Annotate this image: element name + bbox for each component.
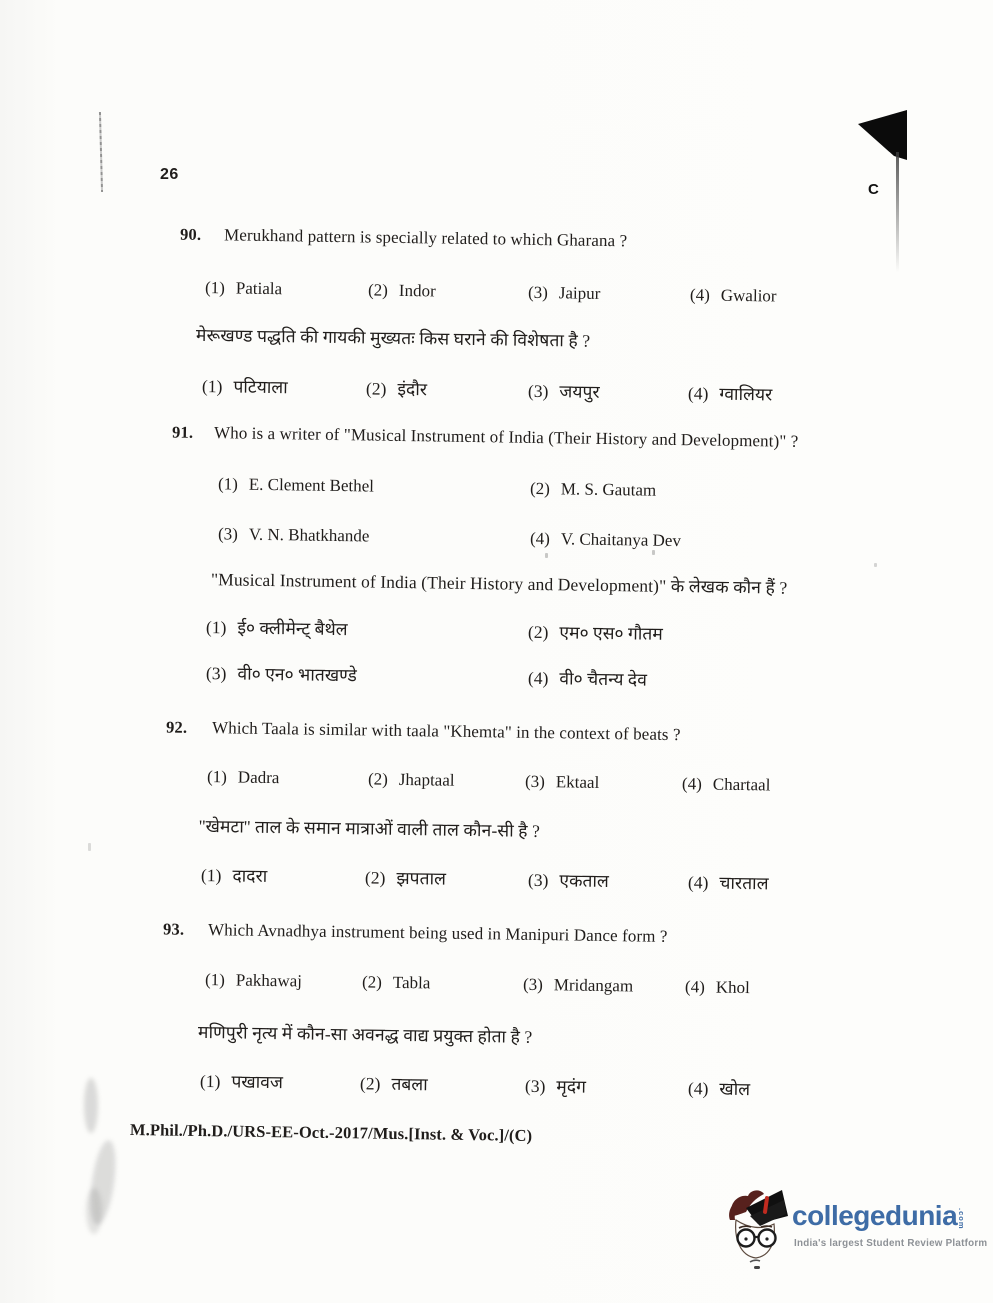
scanned-question-paper-page: 26 C 90. Merukhand pattern is specially … bbox=[0, 0, 993, 1303]
option: (4)ग्वालियर bbox=[688, 381, 773, 406]
scan-scratch-mark bbox=[99, 112, 103, 192]
option: (3)जयपुर bbox=[528, 379, 600, 404]
option-number: (4) bbox=[688, 872, 709, 893]
brand-tagline: India's largest Student Review Platform bbox=[794, 1238, 987, 1249]
question-92-options-hi: (1)दादरा (2)झपताल (3)एकताल (4)चारताल bbox=[0, 860, 993, 905]
brand-domain: .com bbox=[957, 1208, 966, 1230]
option: (4)Khol bbox=[685, 977, 750, 998]
option-label: एम० एस० गौतम bbox=[559, 622, 663, 644]
collegedunia-mascot-icon bbox=[726, 1186, 790, 1270]
option: (1)पटियाला bbox=[202, 374, 288, 399]
option-label: Indor bbox=[399, 281, 436, 301]
option-label: Jaipur bbox=[559, 283, 601, 303]
scan-smudge bbox=[84, 1078, 98, 1133]
option: (4)V. Chaitanya Dev bbox=[530, 529, 681, 551]
scan-speck bbox=[88, 843, 91, 851]
option-label: एकताल bbox=[559, 870, 609, 891]
option: (4)चारताल bbox=[688, 870, 769, 895]
option-number: (1) bbox=[206, 617, 227, 638]
question-91-options-hi-row1: (1)ई० क्लीमेन्ट् बैथेल (2)एम० एस० गौतम bbox=[0, 612, 993, 657]
footer-paper-code: M.Phil./Ph.D./URS-EE-Oct.-2017/Mus.[Inst… bbox=[130, 1120, 532, 1146]
question-number: 93. bbox=[163, 919, 185, 939]
option-label: V. N. Bhatkhande bbox=[249, 525, 370, 546]
option: (2)M. S. Gautam bbox=[530, 479, 657, 501]
option-number: (2) bbox=[368, 769, 388, 789]
option-label: ग्वालियर bbox=[719, 384, 772, 405]
option-number: (3) bbox=[206, 663, 227, 684]
option-number: (4) bbox=[688, 1078, 709, 1099]
option: (3)Ektaal bbox=[525, 772, 600, 793]
option-number: (2) bbox=[360, 1073, 381, 1094]
scan-smudge bbox=[86, 1188, 102, 1234]
option-label: खोल bbox=[719, 1079, 750, 1099]
option-number: (4) bbox=[682, 774, 702, 794]
option-number: (2) bbox=[368, 280, 388, 300]
collegedunia-watermark: collegedunia .com India's largest Studen… bbox=[726, 1186, 976, 1274]
question-92-text-hi: ''खेमटा'' ताल के समान मात्राओं वाली ताल … bbox=[0, 811, 993, 856]
option: (1)E. Clement Bethel bbox=[218, 474, 374, 496]
question-91-text-hi: "Musical Instrument of India (Their Hist… bbox=[0, 564, 993, 609]
option-label: तबला bbox=[391, 1074, 428, 1095]
option-number: (2) bbox=[362, 972, 382, 992]
option-label: Patiala bbox=[236, 279, 283, 299]
option: (1)Pakhawaj bbox=[205, 970, 302, 991]
question-92-options-en: (1)Dadra (2)Jhaptaal (3)Ektaal (4)Charta… bbox=[0, 764, 993, 809]
option-number: (2) bbox=[366, 378, 387, 399]
question-91-heading: 91. Who is a writer of "Musical Instrume… bbox=[0, 420, 993, 465]
question-text-hi: मेरूखण्ड पद्धति की गायकी मुख्यतः किस घरा… bbox=[196, 323, 591, 353]
option: (4)खोल bbox=[688, 1076, 750, 1101]
question-number: 92. bbox=[166, 717, 188, 737]
question-93-options-hi: (1)पखावज (2)तबला (3)मृदंग (4)खोल bbox=[0, 1066, 993, 1111]
option: (2)इंदौर bbox=[366, 376, 427, 401]
option-label: पखावज bbox=[231, 1071, 283, 1092]
question-number: 90. bbox=[180, 225, 202, 245]
option: (2)Indor bbox=[368, 280, 436, 301]
option-number: (3) bbox=[525, 772, 545, 792]
option-label: मृदंग bbox=[556, 1076, 586, 1096]
option-label: Jhaptaal bbox=[399, 770, 455, 790]
option-number: (1) bbox=[202, 376, 223, 397]
question-90-options-hi: (1)पटियाला (2)इंदौर (3)जयपुर (4)ग्वालियर bbox=[0, 371, 993, 416]
option: (2)एम० एस० गौतम bbox=[528, 620, 663, 646]
question-text-hi: मणिपुरी नृत्य में कौन-सा अवनद्ध वाद्य प्… bbox=[198, 1020, 533, 1049]
question-text-en: Who is a writer of "Musical Instrument o… bbox=[214, 423, 799, 452]
set-letter: C bbox=[868, 181, 879, 198]
option: (2)तबला bbox=[360, 1071, 428, 1096]
option-label: Dadra bbox=[238, 768, 280, 788]
option-number: (1) bbox=[200, 1071, 221, 1092]
option-number: (3) bbox=[218, 524, 238, 544]
option-label: दादरा bbox=[232, 865, 267, 886]
option-label: झपताल bbox=[396, 868, 446, 889]
option-label: M. S. Gautam bbox=[561, 479, 657, 499]
option: (3)एकताल bbox=[528, 868, 609, 893]
option: (4)Gwalior bbox=[690, 285, 777, 306]
option-label: Ektaal bbox=[556, 772, 600, 792]
brand-text: collegedunia bbox=[792, 1200, 957, 1232]
option-number: (3) bbox=[523, 975, 543, 995]
option-number: (4) bbox=[688, 383, 709, 404]
scan-speck bbox=[652, 550, 655, 555]
option-label: जयपुर bbox=[559, 381, 600, 402]
option-label: Tabla bbox=[393, 973, 431, 993]
option-label: चारताल bbox=[719, 873, 768, 894]
option-label: Pakhawaj bbox=[236, 971, 302, 991]
scan-speck bbox=[545, 553, 548, 558]
option: (1)दादरा bbox=[201, 863, 268, 888]
option-label: Gwalior bbox=[721, 286, 777, 306]
option-number: (1) bbox=[205, 278, 225, 298]
question-93-text-hi: मणिपुरी नृत्य में कौन-सा अवनद्ध वाद्य प्… bbox=[0, 1017, 993, 1062]
option-number: (4) bbox=[690, 285, 710, 305]
option-number: (3) bbox=[528, 381, 549, 402]
option: (2)झपताल bbox=[365, 865, 446, 890]
question-90-options-en: (1)Patiala (2)Indor (3)Jaipur (4)Gwalior bbox=[0, 275, 993, 320]
option-number: (2) bbox=[528, 622, 549, 643]
question-93-options-en: (1)Pakhawaj (2)Tabla (3)Mridangam (4)Kho… bbox=[0, 967, 993, 1012]
option-number: (3) bbox=[528, 870, 549, 891]
question-number: 91. bbox=[172, 423, 194, 443]
option-label: इंदौर bbox=[397, 379, 427, 399]
question-93-heading: 93. Which Avnadhya instrument being used… bbox=[0, 917, 993, 962]
option: (3)वी० एन० भातखण्डे bbox=[206, 661, 357, 687]
scan-speck bbox=[874, 563, 877, 567]
option-number: (1) bbox=[201, 865, 222, 886]
option-label: E. Clement Bethel bbox=[249, 475, 374, 496]
option-number: (4) bbox=[530, 529, 550, 549]
option: (2)Tabla bbox=[362, 972, 431, 993]
option-number: (1) bbox=[205, 970, 225, 990]
option: (3)Mridangam bbox=[523, 975, 633, 997]
question-text-en: Merukhand pattern is specially related t… bbox=[224, 225, 627, 251]
option: (1)Patiala bbox=[205, 278, 282, 299]
page-number: 26 bbox=[160, 166, 179, 184]
question-90-text-hi: मेरूखण्ड पद्धति की गायकी मुख्यतः किस घरा… bbox=[0, 320, 993, 365]
question-text-hi: "Musical Instrument of India (Their Hist… bbox=[211, 567, 788, 600]
option: (3)Jaipur bbox=[528, 283, 601, 304]
question-91-options-en-row1: (1)E. Clement Bethel (2)M. S. Gautam bbox=[0, 471, 993, 516]
question-text-en: Which Taala is similar with taala "Khemt… bbox=[212, 718, 681, 745]
option-label: Mridangam bbox=[554, 975, 634, 995]
option-label: वी० चैतन्य देव bbox=[559, 668, 647, 689]
option: (3)मृदंग bbox=[525, 1074, 586, 1099]
option-number: (1) bbox=[207, 767, 227, 787]
option-number: (3) bbox=[528, 283, 548, 303]
option: (2)Jhaptaal bbox=[368, 769, 455, 790]
option-label: Khol bbox=[716, 978, 750, 998]
question-text-hi: ''खेमटा'' ताल के समान मात्राओं वाली ताल … bbox=[199, 814, 540, 843]
option-label: वी० एन० भातखण्डे bbox=[237, 664, 357, 686]
option-number: (4) bbox=[528, 668, 549, 689]
option-number: (4) bbox=[685, 977, 705, 997]
option-label: ई० क्लीमेन्ट् बैथेल bbox=[237, 618, 347, 640]
option: (3)V. N. Bhatkhande bbox=[218, 524, 370, 546]
option: (4)Chartaal bbox=[682, 774, 771, 795]
option-label: पटियाला bbox=[233, 376, 288, 397]
option-number: (3) bbox=[525, 1076, 546, 1097]
question-91-options-hi-row2: (3)वी० एन० भातखण्डे (4)वी० चैतन्य देव bbox=[0, 658, 993, 703]
question-92-heading: 92. Which Taala is similar with taala "K… bbox=[0, 715, 993, 760]
option: (1)ई० क्लीमेन्ट् बैथेल bbox=[206, 615, 348, 641]
option: (1)पखावज bbox=[200, 1069, 283, 1094]
option-label: Chartaal bbox=[713, 775, 771, 795]
question-91-options-en-row2: (3)V. N. Bhatkhande (4)V. Chaitanya Dev bbox=[0, 521, 993, 566]
question-text-en: Which Avnadhya instrument being used in … bbox=[208, 920, 668, 947]
option-label: V. Chaitanya Dev bbox=[561, 529, 681, 550]
option-number: (2) bbox=[530, 479, 550, 499]
option-number: (2) bbox=[365, 867, 386, 888]
option: (4)वी० चैतन्य देव bbox=[528, 666, 647, 692]
option-number: (1) bbox=[218, 474, 238, 494]
option: (1)Dadra bbox=[207, 767, 280, 788]
